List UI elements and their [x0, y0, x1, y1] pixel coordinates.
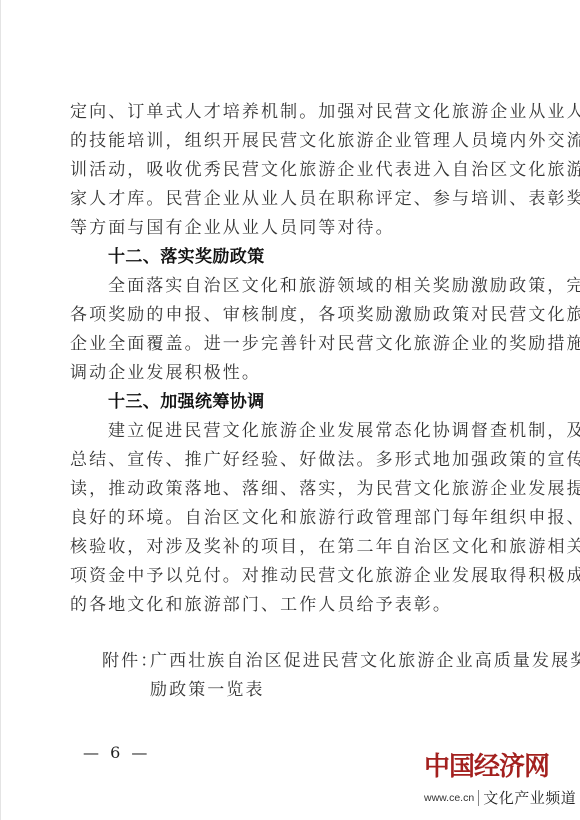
- paragraph-line: 建立促进民营文化旅游企业发展常态化协调督查机制，及时: [108, 417, 580, 446]
- paragraph-line: 读，推动政策落地、落细、落实，为民营文化旅游企业发展提供: [70, 475, 580, 504]
- paragraph-line: 良好的环境。自治区文化和旅游行政管理部门每年组织申报、考: [70, 504, 580, 533]
- paragraph-line: 各项奖励的申报、审核制度，各项奖励激励政策对民营文化旅游: [70, 301, 580, 330]
- paragraph-line: 的各地文化和旅游部门、工作人员给予表彰。: [70, 591, 452, 620]
- section-heading-13: 十三、加强统筹协调: [108, 388, 265, 417]
- paragraph-line: 家人才库。民营企业从业人员在职称评定、参与培训、表彰奖励: [70, 185, 580, 214]
- brand-logo-text: 中国经济网: [424, 751, 549, 783]
- page-number: — 6 —: [83, 743, 150, 762]
- paragraph-line: 全面落实自治区文化和旅游领域的相关奖励激励政策，完善: [108, 272, 580, 301]
- section-heading-12: 十二、落实奖励政策: [108, 243, 265, 272]
- paragraph-line: 训活动，吸收优秀民营文化旅游企业代表进入自治区文化旅游专: [70, 156, 580, 185]
- attachment-title-line: 广西壮族自治区促进民营文化旅游企业高质量发展奖: [150, 647, 580, 676]
- page-edge: [0, 0, 1, 820]
- paragraph-line: 总结、宣传、推广好经验、好做法。多形式地加强政策的宣传解: [70, 446, 580, 475]
- logo-subline: www.ce.cn 文化产业频道: [424, 789, 576, 807]
- logo-url: www.ce.cn: [424, 789, 474, 807]
- paragraph-line: 调动企业发展积极性。: [70, 359, 261, 388]
- paragraph-line: 项资金中予以兑付。对推动民营文化旅游企业发展取得积极成效: [70, 562, 580, 591]
- logo-divider: [478, 790, 479, 806]
- paragraph-line: 的技能培训，组织开展民营文化旅游企业管理人员境内外交流培: [70, 127, 580, 156]
- paragraph-line: 定向、订单式人才培养机制。加强对民营文化旅游企业从业人员: [70, 98, 580, 127]
- paragraph-line: 等方面与国有企业从业人员同等对待。: [70, 214, 395, 243]
- attachment-title-line: 励政策一览表: [150, 676, 265, 705]
- logo-channel: 文化产业频道: [483, 789, 576, 807]
- paragraph-line: 核验收，对涉及奖补的项目，在第二年自治区文化和旅游相关专: [70, 533, 580, 562]
- watermark-logo: 中国经济网 www.ce.cn 文化产业频道: [424, 751, 574, 813]
- paragraph-line: 企业全面覆盖。进一步完善针对民营文化旅游企业的奖励措施，: [70, 330, 580, 359]
